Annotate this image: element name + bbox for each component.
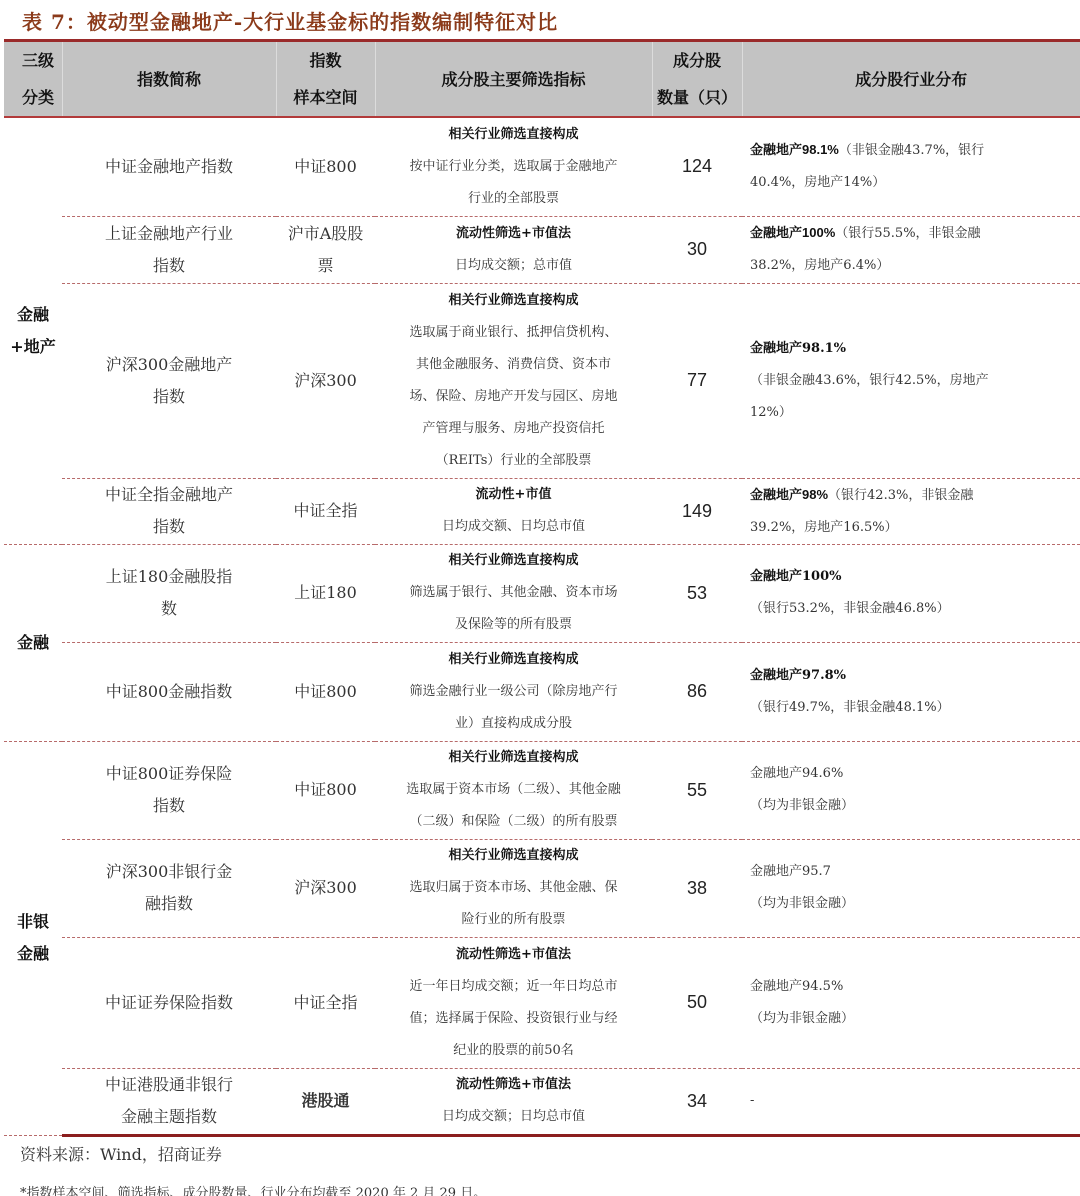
sample-space-cell: 沪市A股股票 bbox=[276, 216, 375, 283]
distribution-line: 39.2%，房地产16.5%） bbox=[750, 512, 1080, 544]
header-category-line: 三级 bbox=[22, 42, 62, 79]
criteria-cell: 相关行业筛选直接构成筛选金融行业一级公司（除房地产行业）直接构成成分股 bbox=[375, 642, 652, 741]
sample-space-cell: 中证800 bbox=[276, 117, 375, 216]
table-header: 三级 分类 指数简称 指数 样本空间 成分股主要筛选指标 成分股 数量（只） 成… bbox=[4, 41, 1080, 118]
sample-space-cell: 中证全指 bbox=[276, 478, 375, 544]
header-count-line: 成分股 bbox=[653, 42, 742, 79]
criteria-line: 选取归属于资本市场、其他金融、保 bbox=[375, 872, 652, 904]
criteria-cell: 流动性筛选+市值法日均成交额；日均总市值 bbox=[375, 1068, 652, 1135]
distribution-detail: （银行55.5%，非银金融 bbox=[835, 226, 980, 241]
distribution-line: 金融地产100%（银行55.5%，非银金融 bbox=[750, 217, 1080, 250]
criteria-cell: 相关行业筛选直接构成按中证行业分类，选取属于金融地产行业的全部股票 bbox=[375, 117, 652, 216]
index-name-line: 中证金融地产指数 bbox=[62, 151, 276, 183]
header-space-line: 指数 bbox=[277, 42, 375, 79]
table-row: 金融上证180金融股指数上证180相关行业筛选直接构成筛选属于银行、其他金融、资… bbox=[4, 544, 1080, 642]
sample-space: 中证800 bbox=[276, 774, 375, 806]
index-name-cell: 中证全指金融地产指数 bbox=[62, 478, 276, 544]
category-cell: 金融 bbox=[4, 544, 62, 741]
index-name-cell: 上证金融地产行业指数 bbox=[62, 216, 276, 283]
distribution-total: 金融地产95.7 bbox=[750, 856, 1080, 888]
header-name: 指数简称 bbox=[62, 41, 276, 118]
criteria-title: 相关行业筛选直接构成 bbox=[375, 742, 652, 774]
criteria-line: 险行业的所有股票 bbox=[375, 904, 652, 936]
table-row: 中证港股通非银行金融主题指数港股通流动性筛选+市值法日均成交额；日均总市值34- bbox=[4, 1068, 1080, 1135]
category-line: 非银 bbox=[4, 906, 62, 938]
index-name-line: 中证800证券保险 bbox=[62, 758, 276, 790]
criteria-line: 筛选属于银行、其他金融、资本市场 bbox=[375, 577, 652, 609]
distribution-total: 金融地产94.6% bbox=[750, 758, 1080, 790]
category-line: 金融 bbox=[4, 627, 62, 659]
distribution-line: （银行53.2%，非银金融46.8%） bbox=[750, 593, 1080, 625]
criteria-line: 选取属于资本市场（二级）、其他金融 bbox=[375, 774, 652, 806]
index-name-line: 中证港股通非银行 bbox=[62, 1069, 276, 1101]
criteria-line: 日均成交额、日均总市值 bbox=[375, 511, 652, 543]
header-criteria: 成分股主要筛选指标 bbox=[375, 41, 652, 118]
criteria-title: 相关行业筛选直接构成 bbox=[375, 119, 652, 151]
sample-space-line: 票 bbox=[276, 250, 375, 282]
criteria-title: 流动性+市值 bbox=[375, 479, 652, 511]
header-space: 指数 样本空间 bbox=[276, 41, 375, 118]
distribution-line: （均为非银金融） bbox=[750, 790, 1080, 822]
header-count-line: 数量（只） bbox=[653, 79, 742, 116]
criteria-cell: 相关行业筛选直接构成选取属于商业银行、抵押信贷机构、其他金融服务、消费信贷、资本… bbox=[375, 283, 652, 478]
table-row: 沪深300非银行金融指数沪深300相关行业筛选直接构成选取归属于资本市场、其他金… bbox=[4, 839, 1080, 937]
header-category: 三级 分类 bbox=[4, 41, 62, 118]
criteria-line: 产管理与服务、房地产投资信托 bbox=[375, 413, 652, 445]
table-title: 表 7：被动型金融地产-大行业基金标的指数编制特征对比 bbox=[22, 6, 558, 35]
index-name-line: 中证800金融指数 bbox=[62, 676, 276, 708]
criteria-cell: 流动性筛选+市值法近一年日均成交额；近一年日均总市值；选择属于保险、投资银行业与… bbox=[375, 937, 652, 1068]
industry-distribution-cell: 金融地产100%（银行53.2%，非银金融46.8%） bbox=[742, 544, 1080, 642]
criteria-line: 近一年日均成交额；近一年日均总市 bbox=[375, 971, 652, 1003]
industry-distribution-cell: 金融地产98.1%（非银金融43.6%，银行42.5%，房地产12%） bbox=[742, 283, 1080, 478]
sample-space: 沪深300 bbox=[276, 365, 375, 397]
index-name-line: 中证证券保险指数 bbox=[62, 987, 276, 1019]
criteria-line: 行业的全部股票 bbox=[375, 183, 652, 215]
criteria-title: 流动性筛选+市值法 bbox=[375, 1069, 652, 1101]
sample-space-cell: 中证全指 bbox=[276, 937, 375, 1068]
index-name-cell: 中证金融地产指数 bbox=[62, 117, 276, 216]
sample-space-cell: 中证800 bbox=[276, 642, 375, 741]
distribution-line: （银行49.7%，非银金融48.1%） bbox=[750, 692, 1080, 724]
distribution-total: - bbox=[750, 1085, 1080, 1117]
criteria-title: 相关行业筛选直接构成 bbox=[375, 840, 652, 872]
constituent-count: 77 bbox=[652, 283, 742, 478]
industry-distribution-cell: 金融地产100%（银行55.5%，非银金融38.2%，房地产6.4%） bbox=[742, 216, 1080, 283]
distribution-line: （均为非银金融） bbox=[750, 1003, 1080, 1035]
distribution-detail: （银行42.3%，非银金融 bbox=[828, 488, 973, 503]
industry-distribution-cell: 金融地产94.5%（均为非银金融） bbox=[742, 937, 1080, 1068]
constituent-count: 30 bbox=[652, 216, 742, 283]
distribution-line: 40.4%，房地产14%） bbox=[750, 167, 1080, 199]
index-name-cell: 中证800证券保险指数 bbox=[62, 741, 276, 839]
source-note: 资料来源：Wind，招商证券 bbox=[20, 1142, 222, 1165]
constituent-count: 124 bbox=[652, 117, 742, 216]
sample-space: 沪深300 bbox=[276, 872, 375, 904]
table-row: 沪深300金融地产指数沪深300相关行业筛选直接构成选取属于商业银行、抵押信贷机… bbox=[4, 283, 1080, 478]
header-space-line: 样本空间 bbox=[277, 79, 375, 116]
criteria-title: 流动性筛选+市值法 bbox=[375, 218, 652, 250]
header-distribution: 成分股行业分布 bbox=[742, 41, 1080, 118]
sample-space: 港股通 bbox=[276, 1085, 375, 1117]
distribution-total: 金融地产98.1% bbox=[750, 142, 839, 157]
distribution-line: 金融地产98%（银行42.3%，非银金融 bbox=[750, 479, 1080, 512]
criteria-line: 及保险等的所有股票 bbox=[375, 609, 652, 641]
criteria-title: 相关行业筛选直接构成 bbox=[375, 545, 652, 577]
sample-space-cell: 上证180 bbox=[276, 544, 375, 642]
sample-space-cell: 沪深300 bbox=[276, 283, 375, 478]
criteria-title: 相关行业筛选直接构成 bbox=[375, 285, 652, 317]
index-name-line: 融指数 bbox=[62, 888, 276, 920]
index-name-line: 指数 bbox=[62, 250, 276, 282]
criteria-cell: 流动性+市值日均成交额、日均总市值 bbox=[375, 478, 652, 544]
header-name-line: 指数简称 bbox=[63, 61, 276, 98]
constituent-count: 149 bbox=[652, 478, 742, 544]
distribution-total: 金融地产97.8% bbox=[750, 660, 1080, 692]
criteria-line: 值；选择属于保险、投资银行业与经 bbox=[375, 1003, 652, 1035]
criteria-line: 业）直接构成成分股 bbox=[375, 708, 652, 740]
criteria-line: 选取属于商业银行、抵押信贷机构、 bbox=[375, 317, 652, 349]
table-row: 非银金融中证800证券保险指数中证800相关行业筛选直接构成选取属于资本市场（二… bbox=[4, 741, 1080, 839]
index-name-line: 沪深300金融地产 bbox=[62, 349, 276, 381]
distribution-line: 12%） bbox=[750, 397, 1080, 429]
index-name-cell: 中证证券保险指数 bbox=[62, 937, 276, 1068]
index-name-line: 上证金融地产行业 bbox=[62, 218, 276, 250]
index-name-cell: 上证180金融股指数 bbox=[62, 544, 276, 642]
sample-space-line: 沪市A股股 bbox=[276, 218, 375, 250]
category-cell: 金融+地产 bbox=[4, 117, 62, 544]
distribution-line: 金融地产98.1%（非银金融43.7%，银行 bbox=[750, 134, 1080, 167]
table-row: 中证证券保险指数中证全指流动性筛选+市值法近一年日均成交额；近一年日均总市值；选… bbox=[4, 937, 1080, 1068]
date-footnote: *指数样本空间、筛选指标、成分股数量、行业分布均截至 2020 年 2 月 29… bbox=[20, 1182, 486, 1196]
criteria-line: 按中证行业分类，选取属于金融地产 bbox=[375, 151, 652, 183]
index-name-cell: 沪深300非银行金融指数 bbox=[62, 839, 276, 937]
criteria-line: 场、保险、房地产开发与园区、房地 bbox=[375, 381, 652, 413]
constituent-count: 86 bbox=[652, 642, 742, 741]
criteria-line: 其他金融服务、消费信贷、资本市 bbox=[375, 349, 652, 381]
criteria-line: 筛选金融行业一级公司（除房地产行 bbox=[375, 676, 652, 708]
header-category-line: 分类 bbox=[22, 79, 62, 116]
index-name-line: 指数 bbox=[62, 511, 276, 543]
table-row: 中证全指金融地产指数中证全指流动性+市值日均成交额、日均总市值149金融地产98… bbox=[4, 478, 1080, 544]
criteria-line: 日均成交额；日均总市值 bbox=[375, 1101, 652, 1133]
index-comparison-table: 三级 分类 指数简称 指数 样本空间 成分股主要筛选指标 成分股 数量（只） 成… bbox=[4, 39, 1080, 1137]
criteria-line: （REITs）行业的全部股票 bbox=[375, 445, 652, 477]
sample-space: 中证800 bbox=[276, 151, 375, 183]
sample-space: 中证全指 bbox=[276, 495, 375, 527]
header-distribution-line: 成分股行业分布 bbox=[743, 61, 1080, 98]
criteria-title: 相关行业筛选直接构成 bbox=[375, 644, 652, 676]
distribution-total: 金融地产94.5% bbox=[750, 971, 1080, 1003]
criteria-cell: 相关行业筛选直接构成选取归属于资本市场、其他金融、保险行业的所有股票 bbox=[375, 839, 652, 937]
index-name-line: 中证全指金融地产 bbox=[62, 479, 276, 511]
table-body: 金融+地产中证金融地产指数中证800相关行业筛选直接构成按中证行业分类，选取属于… bbox=[4, 117, 1080, 1135]
index-name-line: 上证180金融股指 bbox=[62, 561, 276, 593]
category-line: 金融 bbox=[4, 938, 62, 970]
distribution-total: 金融地产100% bbox=[750, 225, 835, 240]
criteria-cell: 相关行业筛选直接构成筛选属于银行、其他金融、资本市场及保险等的所有股票 bbox=[375, 544, 652, 642]
index-name-line: 金融主题指数 bbox=[62, 1101, 276, 1133]
criteria-cell: 相关行业筛选直接构成选取属于资本市场（二级）、其他金融（二级）和保险（二级）的所… bbox=[375, 741, 652, 839]
distribution-line: 38.2%，房地产6.4%） bbox=[750, 250, 1080, 282]
sample-space: 上证180 bbox=[276, 577, 375, 609]
criteria-line: 日均成交额；总市值 bbox=[375, 250, 652, 282]
table-row: 金融+地产中证金融地产指数中证800相关行业筛选直接构成按中证行业分类，选取属于… bbox=[4, 117, 1080, 216]
index-name-cell: 中证港股通非银行金融主题指数 bbox=[62, 1068, 276, 1135]
constituent-count: 38 bbox=[652, 839, 742, 937]
category-cell: 非银金融 bbox=[4, 741, 62, 1135]
constituent-count: 55 bbox=[652, 741, 742, 839]
industry-distribution-cell: - bbox=[742, 1068, 1080, 1135]
category-line: +地产 bbox=[4, 331, 62, 363]
index-name-cell: 中证800金融指数 bbox=[62, 642, 276, 741]
index-name-line: 数 bbox=[62, 593, 276, 625]
index-name-line: 沪深300非银行金 bbox=[62, 856, 276, 888]
sample-space-cell: 港股通 bbox=[276, 1068, 375, 1135]
table-row: 中证800金融指数中证800相关行业筛选直接构成筛选金融行业一级公司（除房地产行… bbox=[4, 642, 1080, 741]
criteria-line: （二级）和保险（二级）的所有股票 bbox=[375, 806, 652, 838]
sample-space-cell: 中证800 bbox=[276, 741, 375, 839]
criteria-line: 纪业的股票的前50名 bbox=[375, 1035, 652, 1067]
distribution-total: 金融地产98.1% bbox=[750, 333, 1080, 365]
industry-distribution-cell: 金融地产95.7（均为非银金融） bbox=[742, 839, 1080, 937]
index-name-line: 指数 bbox=[62, 381, 276, 413]
industry-distribution-cell: 金融地产98%（银行42.3%，非银金融39.2%，房地产16.5%） bbox=[742, 478, 1080, 544]
category-line: 金融 bbox=[4, 299, 62, 331]
criteria-cell: 流动性筛选+市值法日均成交额；总市值 bbox=[375, 216, 652, 283]
constituent-count: 50 bbox=[652, 937, 742, 1068]
distribution-line: （均为非银金融） bbox=[750, 888, 1080, 920]
header-count: 成分股 数量（只） bbox=[652, 41, 742, 118]
table-row: 上证金融地产行业指数沪市A股股票流动性筛选+市值法日均成交额；总市值30金融地产… bbox=[4, 216, 1080, 283]
index-name-cell: 沪深300金融地产指数 bbox=[62, 283, 276, 478]
constituent-count: 53 bbox=[652, 544, 742, 642]
industry-distribution-cell: 金融地产97.8%（银行49.7%，非银金融48.1%） bbox=[742, 642, 1080, 741]
header-criteria-line: 成分股主要筛选指标 bbox=[376, 61, 652, 98]
constituent-count: 34 bbox=[652, 1068, 742, 1135]
distribution-total: 金融地产100% bbox=[750, 561, 1080, 593]
criteria-title: 流动性筛选+市值法 bbox=[375, 939, 652, 971]
sample-space-cell: 沪深300 bbox=[276, 839, 375, 937]
industry-distribution-cell: 金融地产94.6%（均为非银金融） bbox=[742, 741, 1080, 839]
sample-space: 中证800 bbox=[276, 676, 375, 708]
distribution-line: （非银金融43.6%，银行42.5%，房地产 bbox=[750, 365, 1080, 397]
sample-space: 中证全指 bbox=[276, 987, 375, 1019]
distribution-total: 金融地产98% bbox=[750, 487, 828, 502]
distribution-detail: （非银金融43.7%，银行 bbox=[839, 143, 984, 158]
industry-distribution-cell: 金融地产98.1%（非银金融43.7%，银行40.4%，房地产14%） bbox=[742, 117, 1080, 216]
index-name-line: 指数 bbox=[62, 790, 276, 822]
